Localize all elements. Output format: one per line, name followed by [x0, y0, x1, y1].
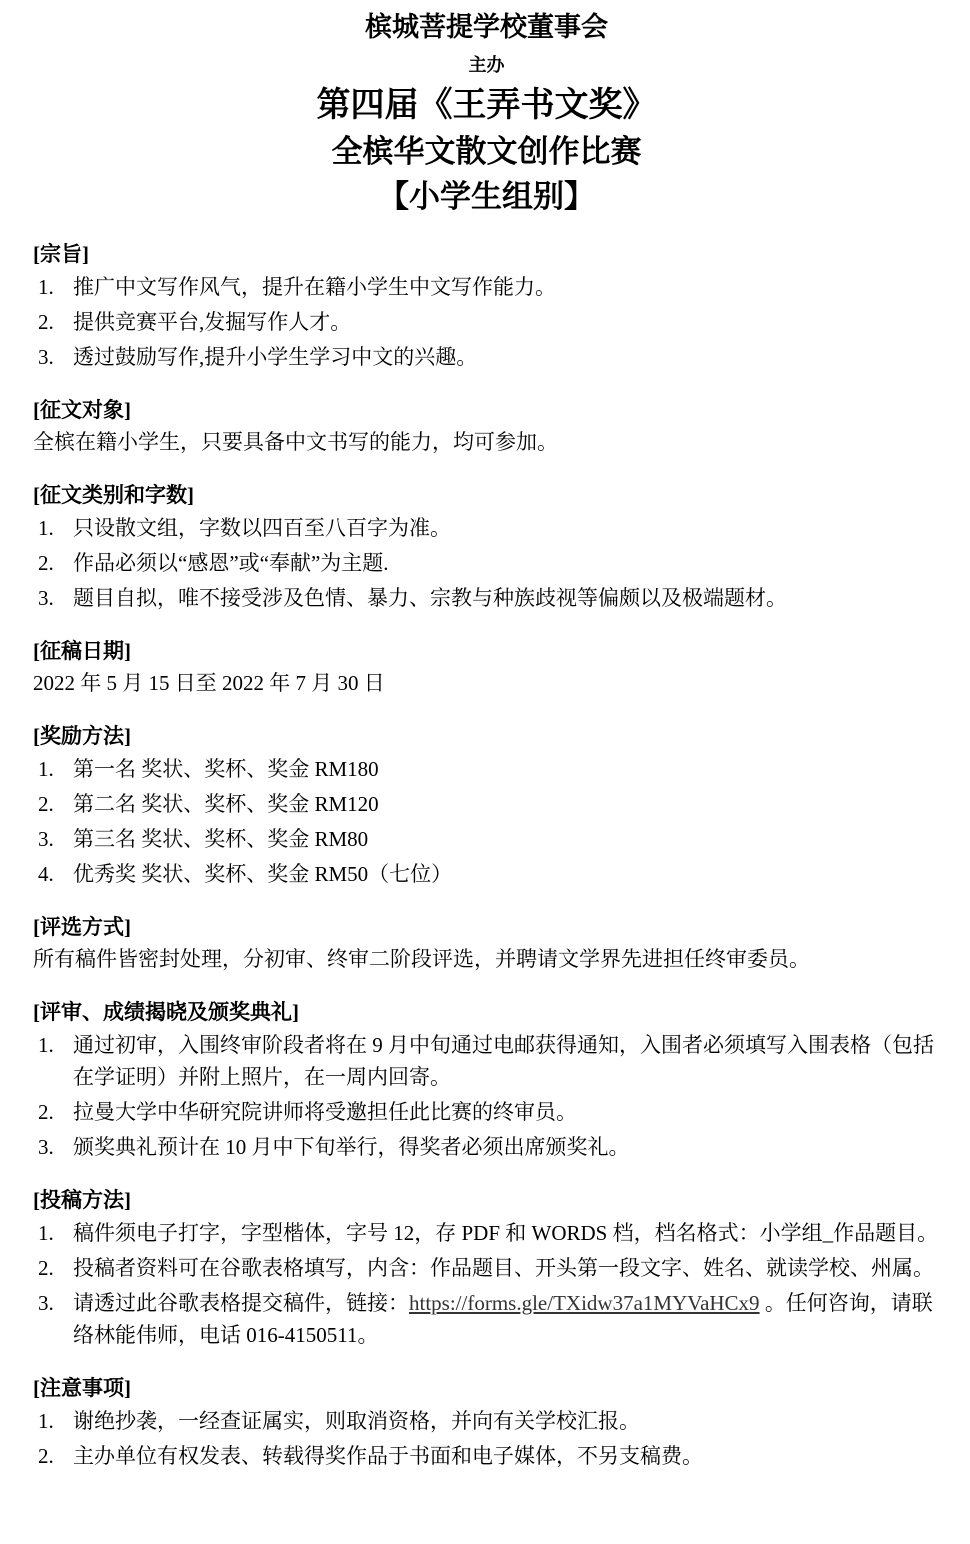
- list-item-number: 1.: [33, 753, 73, 785]
- list-item-number: 3.: [33, 582, 73, 614]
- award-title: 第四届《王弄书文奖》: [33, 85, 940, 127]
- list-item-text: 透过鼓励写作,提升小学生学习中文的兴趣。: [73, 341, 940, 373]
- section-prizes: [奖励方法]1.第一名 奖状、奖杯、奖金 RM1802.第二名 奖状、奖杯、奖金…: [33, 720, 940, 890]
- section-submission-method: [投稿方法]1.稿件须电子打字，字型楷体，字号 12，存 PDF 和 WORDS…: [33, 1184, 940, 1351]
- list-item: 2.第二名 奖状、奖杯、奖金 RM120: [33, 788, 940, 820]
- section-heading: [征文类别和字数]: [33, 479, 940, 511]
- numbered-list: 1.稿件须电子打字，字型楷体，字号 12，存 PDF 和 WORDS 档，档名格…: [33, 1217, 940, 1351]
- section-heading: [宗旨]: [33, 238, 940, 270]
- list-item-text: 稿件须电子打字，字型楷体，字号 12，存 PDF 和 WORDS 档，档名格式：…: [73, 1217, 940, 1249]
- list-item-text: 只设散文组，字数以四百至八百字为准。: [73, 512, 940, 544]
- numbered-list: 1.通过初审，入围终审阶段者将在 9 月中旬通过电邮获得通知，入围者必须填写入围…: [33, 1029, 940, 1163]
- section-paragraph: 全槟在籍小学生，只要具备中文书写的能力，均可参加。: [33, 426, 940, 458]
- list-item: 1.推广中文写作风气，提升在籍小学生中文写作能力。: [33, 271, 940, 303]
- list-item-number: 3.: [33, 1287, 73, 1351]
- list-item: 2.拉曼大学中华研究院讲师将受邀担任此比赛的终审员。: [33, 1096, 940, 1128]
- list-item-text: 拉曼大学中华研究院讲师将受邀担任此比赛的终审员。: [73, 1096, 940, 1128]
- sections-container: [宗旨]1.推广中文写作风气，提升在籍小学生中文写作能力。2.提供竞赛平台,发掘…: [33, 238, 940, 1472]
- list-item-text: 请透过此谷歌表格提交稿件，链接：https://forms.gle/TXidw3…: [73, 1287, 940, 1351]
- list-item-number: 2.: [33, 1440, 73, 1472]
- contest-title: 全槟华文散文创作比赛: [33, 132, 940, 172]
- list-item-text: 通过初审，入围终审阶段者将在 9 月中旬通过电邮获得通知，入围者必须填写入围表格…: [73, 1029, 940, 1093]
- list-item-number: 1.: [33, 1029, 73, 1093]
- section-notes: [注意事项]1.谢绝抄袭，一经查证属实，则取消资格，并向有关学校汇报。2.主办单…: [33, 1372, 940, 1472]
- list-item-number: 2.: [33, 306, 73, 338]
- list-item-number: 2.: [33, 788, 73, 820]
- section-purpose: [宗旨]1.推广中文写作风气，提升在籍小学生中文写作能力。2.提供竞赛平台,发掘…: [33, 238, 940, 373]
- list-item-number: 3.: [33, 823, 73, 855]
- list-item: 1.只设散文组，字数以四百至八百字为准。: [33, 512, 940, 544]
- list-item-text: 第一名 奖状、奖杯、奖金 RM180: [73, 753, 940, 785]
- section-heading: [奖励方法]: [33, 720, 940, 752]
- list-item: 1.谢绝抄袭，一经查证属实，则取消资格，并向有关学校汇报。: [33, 1405, 940, 1437]
- list-item-number: 1.: [33, 271, 73, 303]
- list-item-number: 4.: [33, 858, 73, 890]
- document-page: 槟城菩提学校董事会 主办 第四届《王弄书文奖》 全槟华文散文创作比赛 【小学生组…: [0, 0, 970, 1544]
- list-item: 3.透过鼓励写作,提升小学生学习中文的兴趣。: [33, 341, 940, 373]
- numbered-list: 1.谢绝抄袭，一经查证属实，则取消资格，并向有关学校汇报。2.主办单位有权发表、…: [33, 1405, 940, 1472]
- numbered-list: 1.只设散文组，字数以四百至八百字为准。2.作品必须以“感恩”或“奉献”为主题.…: [33, 512, 940, 614]
- list-item: 4.优秀奖 奖状、奖杯、奖金 RM50（七位）: [33, 858, 940, 890]
- list-item: 2.主办单位有权发表、转载得奖作品于书面和电子媒体，不另支稿费。: [33, 1440, 940, 1472]
- list-item-text: 推广中文写作风气，提升在籍小学生中文写作能力。: [73, 271, 940, 303]
- numbered-list: 1.推广中文写作风气，提升在籍小学生中文写作能力。2.提供竞赛平台,发掘写作人才…: [33, 271, 940, 373]
- category-title: 【小学生组别】: [33, 177, 940, 217]
- list-item: 3.题目自拟，唯不接受涉及色情、暴力、宗教与种族歧视等偏颇以及极端题材。: [33, 582, 940, 614]
- section-paragraph: 2022 年 5 月 15 日至 2022 年 7 月 30 日: [33, 667, 940, 699]
- list-item-text: 主办单位有权发表、转载得奖作品于书面和电子媒体，不另支稿费。: [73, 1440, 940, 1472]
- list-item: 3.第三名 奖状、奖杯、奖金 RM80: [33, 823, 940, 855]
- list-item: 2.提供竞赛平台,发掘写作人才。: [33, 306, 940, 338]
- list-item-number: 1.: [33, 512, 73, 544]
- section-paragraph: 所有稿件皆密封处理，分初审、终审二阶段评选，并聘请文学界先进担任终审委员。: [33, 943, 940, 975]
- list-item: 1.第一名 奖状、奖杯、奖金 RM180: [33, 753, 940, 785]
- list-item: 2.投稿者资料可在谷歌表格填写，内含：作品题目、开头第一段文字、姓名、就读学校、…: [33, 1252, 940, 1284]
- section-selection-method: [评选方式]所有稿件皆密封处理，分初审、终审二阶段评选，并聘请文学界先进担任终审…: [33, 911, 940, 975]
- list-item-text: 投稿者资料可在谷歌表格填写，内含：作品题目、开头第一段文字、姓名、就读学校、州属…: [73, 1252, 940, 1284]
- section-submission-period: [征稿日期]2022 年 5 月 15 日至 2022 年 7 月 30 日: [33, 635, 940, 699]
- section-eligibility: [征文对象]全槟在籍小学生，只要具备中文书写的能力，均可参加。: [33, 394, 940, 458]
- list-item-number: 1.: [33, 1405, 73, 1437]
- list-item-text: 优秀奖 奖状、奖杯、奖金 RM50（七位）: [73, 858, 940, 890]
- section-category-and-wordcount: [征文类别和字数]1.只设散文组，字数以四百至八百字为准。2.作品必须以“感恩”…: [33, 479, 940, 614]
- section-heading: [评审、成绩揭晓及颁奖典礼]: [33, 996, 940, 1028]
- section-heading: [征稿日期]: [33, 635, 940, 667]
- organizer-title: 槟城菩提学校董事会: [33, 10, 940, 44]
- list-item: 3.请透过此谷歌表格提交稿件，链接：https://forms.gle/TXid…: [33, 1287, 940, 1351]
- list-item-number: 2.: [33, 1096, 73, 1128]
- list-item-number: 1.: [33, 1217, 73, 1249]
- list-item-number: 3.: [33, 1131, 73, 1163]
- list-item-text: 作品必须以“感恩”或“奉献”为主题.: [73, 547, 940, 579]
- numbered-list: 1.第一名 奖状、奖杯、奖金 RM1802.第二名 奖状、奖杯、奖金 RM120…: [33, 753, 940, 890]
- list-item-number: 3.: [33, 341, 73, 373]
- section-judging-and-ceremony: [评审、成绩揭晓及颁奖典礼]1.通过初审，入围终审阶段者将在 9 月中旬通过电邮…: [33, 996, 940, 1163]
- google-form-link[interactable]: https://forms.gle/TXidw37a1MYVaHCx9: [409, 1291, 760, 1315]
- list-item-text: 第二名 奖状、奖杯、奖金 RM120: [73, 788, 940, 820]
- list-item-number: 2.: [33, 1252, 73, 1284]
- section-heading: [征文对象]: [33, 394, 940, 426]
- list-item-text: 颁奖典礼预计在 10 月中下旬举行，得奖者必须出席颁奖礼。: [73, 1131, 940, 1163]
- section-heading: [评选方式]: [33, 911, 940, 943]
- section-heading: [投稿方法]: [33, 1184, 940, 1216]
- list-item-number: 2.: [33, 547, 73, 579]
- list-item-text: 题目自拟，唯不接受涉及色情、暴力、宗教与种族歧视等偏颇以及极端题材。: [73, 582, 940, 614]
- list-item: 3.颁奖典礼预计在 10 月中下旬举行，得奖者必须出席颁奖礼。: [33, 1131, 940, 1163]
- list-item: 1.稿件须电子打字，字型楷体，字号 12，存 PDF 和 WORDS 档，档名格…: [33, 1217, 940, 1249]
- section-heading: [注意事项]: [33, 1372, 940, 1404]
- document-header: 槟城菩提学校董事会 主办 第四届《王弄书文奖》 全槟华文散文创作比赛 【小学生组…: [33, 10, 940, 217]
- list-item-text: 第三名 奖状、奖杯、奖金 RM80: [73, 823, 940, 855]
- list-item: 2.作品必须以“感恩”或“奉献”为主题.: [33, 547, 940, 579]
- list-item-text: 谢绝抄袭，一经查证属实，则取消资格，并向有关学校汇报。: [73, 1405, 940, 1437]
- organizer-role: 主办: [33, 53, 940, 77]
- list-item: 1.通过初审，入围终审阶段者将在 9 月中旬通过电邮获得通知，入围者必须填写入围…: [33, 1029, 940, 1093]
- link-prefix-text: 请透过此谷歌表格提交稿件，链接：: [73, 1291, 409, 1315]
- list-item-text: 提供竞赛平台,发掘写作人才。: [73, 306, 940, 338]
